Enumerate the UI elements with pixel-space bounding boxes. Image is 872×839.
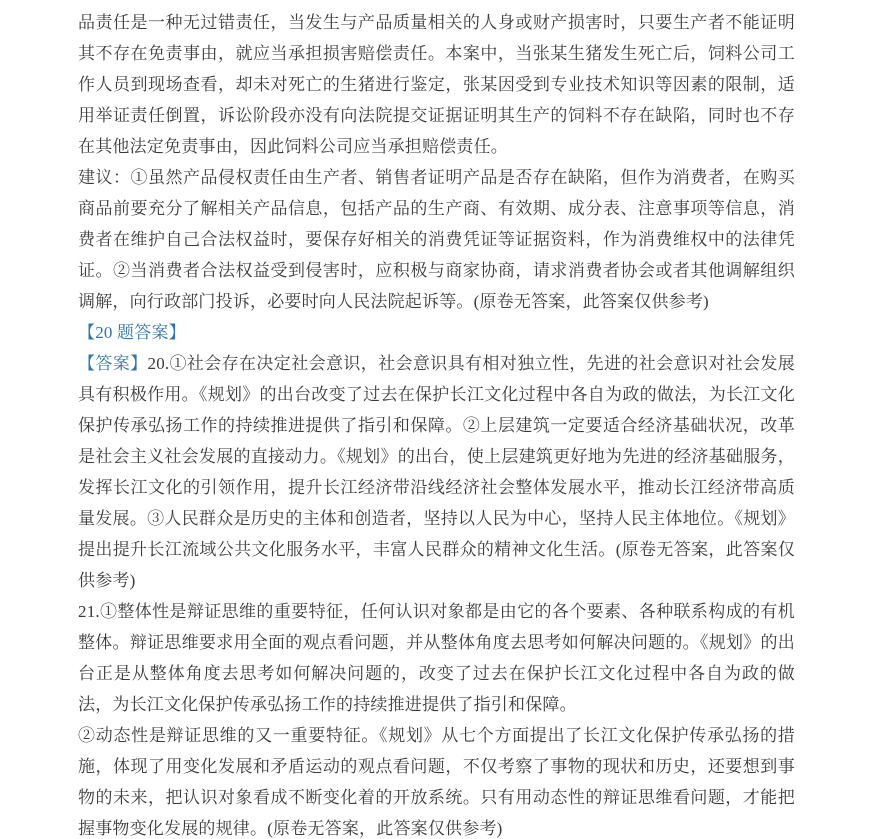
question-20-answer-heading: 【20 题答案】 — [78, 317, 795, 348]
answer-label: 【答案】 — [78, 354, 148, 373]
paragraph-consumer-suggestion: 建议：①虽然产品侵权责任由生产者、销售者证明产品是否存在缺陷，但作为消费者，在购… — [78, 162, 795, 317]
document-page: 品责任是一种无过错责任，当发生与产品质量相关的人身或财产损害时，只要生产者不能证… — [0, 0, 872, 839]
document-body: 品责任是一种无过错责任，当发生与产品质量相关的人身或财产损害时，只要生产者不能证… — [78, 7, 795, 839]
paragraph-answer-21-point1: 21.①整体性是辩证思维的重要特征，任何认识对象都是由它的各个要素、各种联系构成… — [78, 596, 795, 720]
document-viewer: { "document": { "background_color": "#ff… — [0, 0, 872, 839]
paragraph-product-liability: 品责任是一种无过错责任，当发生与产品质量相关的人身或财产损害时，只要生产者不能证… — [78, 7, 795, 162]
paragraph-answer-21-point2: ②动态性是辩证思维的又一重要特征。《规划》从七个方面提出了长江文化保护传承弘扬的… — [78, 720, 795, 839]
paragraph-answer-20: 【答案】20.①社会存在决定社会意识，社会意识具有相对独立性，先进的社会意识对社… — [78, 348, 795, 596]
answer-20-text: 20.①社会存在决定社会意识，社会意识具有相对独立性，先进的社会意识对社会发展具… — [78, 354, 795, 590]
